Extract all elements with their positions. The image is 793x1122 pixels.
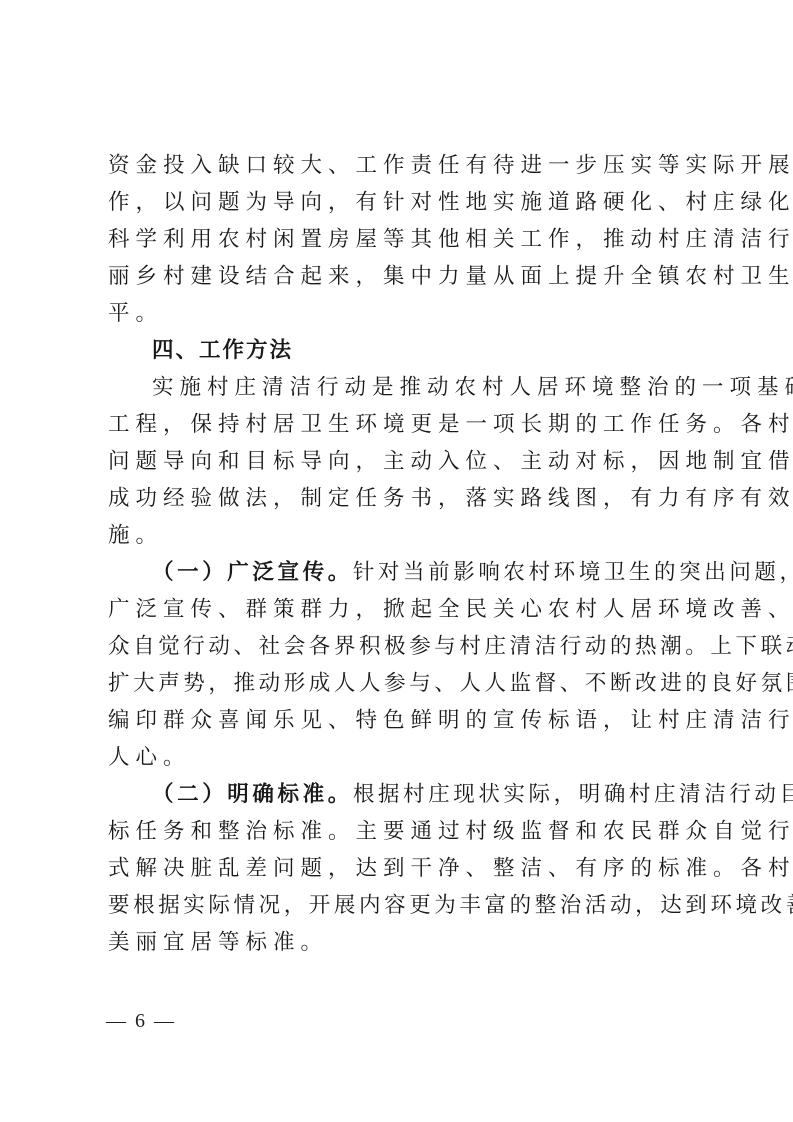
text-line: 广泛宣传、群策群力，掀起全民关心农村人居环境改善、农民群: [108, 591, 694, 628]
text-line: 问题导向和目标导向，主动入位、主动对标，因地制宜借鉴吸收: [108, 443, 694, 480]
text-line: 扩大声势，推动形成人人参与、人人监督、不断改进的良好氛围。: [108, 665, 694, 702]
text-line: 实施村庄清洁行动是推动农村人居环境整治的一项基础性: [108, 369, 694, 406]
text-line: 美丽宜居等标准。: [108, 924, 694, 961]
text-span: 针对当前影响农村环境卫生的突出问题，: [353, 560, 793, 585]
subsection-title: （一）广泛宣传。: [152, 560, 353, 585]
text-line: 工程，保持村居卫生环境更是一项长期的工作任务。各村要坚持: [108, 406, 694, 443]
section-heading: 四、工作方法: [108, 332, 694, 369]
text-line: 作，以问题为导向，有针对性地实施道路硬化、村庄绿化美化，: [108, 184, 694, 221]
subsection-first-line: （二）明确标准。根据村庄现状实际，明确村庄清洁行动目: [108, 776, 694, 813]
text-line: 式解决脏乱差问题，达到干净、整洁、有序的标准。各村、社区: [108, 850, 694, 887]
text-line: 施。: [108, 517, 694, 554]
text-line: 成功经验做法，制定任务书，落实路线图，有力有序有效推进实: [108, 480, 694, 517]
text-line: 人心。: [108, 739, 694, 776]
text-span: 根据村庄现状实际，明确村庄清洁行动目: [353, 782, 793, 807]
text-line: 编印群众喜闻乐见、特色鲜明的宣传标语，让村庄清洁行动深入: [108, 702, 694, 739]
subsection-title: （二）明确标准。: [152, 782, 353, 807]
text-line: 科学利用农村闲置房屋等其他相关工作，推动村庄清洁行动与美: [108, 221, 694, 258]
text-line: 众自觉行动、社会各界积极参与村庄清洁行动的热潮。上下联动、: [108, 628, 694, 665]
subsection-first-line: （一）广泛宣传。针对当前影响农村环境卫生的突出问题，: [108, 554, 694, 591]
document-body: 资金投入缺口较大、工作责任有待进一步压实等实际开展自选动 作，以问题为导向，有针…: [108, 147, 694, 961]
text-line: 丽乡村建设结合起来，集中力量从面上提升全镇农村卫生环境水: [108, 258, 694, 295]
page-number: — 6 —: [106, 1010, 176, 1033]
text-line: 资金投入缺口较大、工作责任有待进一步压实等实际开展自选动: [108, 147, 694, 184]
text-line: 要根据实际情况，开展内容更为丰富的整治活动，达到环境改善、: [108, 887, 694, 924]
text-line: 平。: [108, 295, 694, 332]
text-line: 标任务和整治标准。主要通过村级监督和农民群众自觉行动等形: [108, 813, 694, 850]
